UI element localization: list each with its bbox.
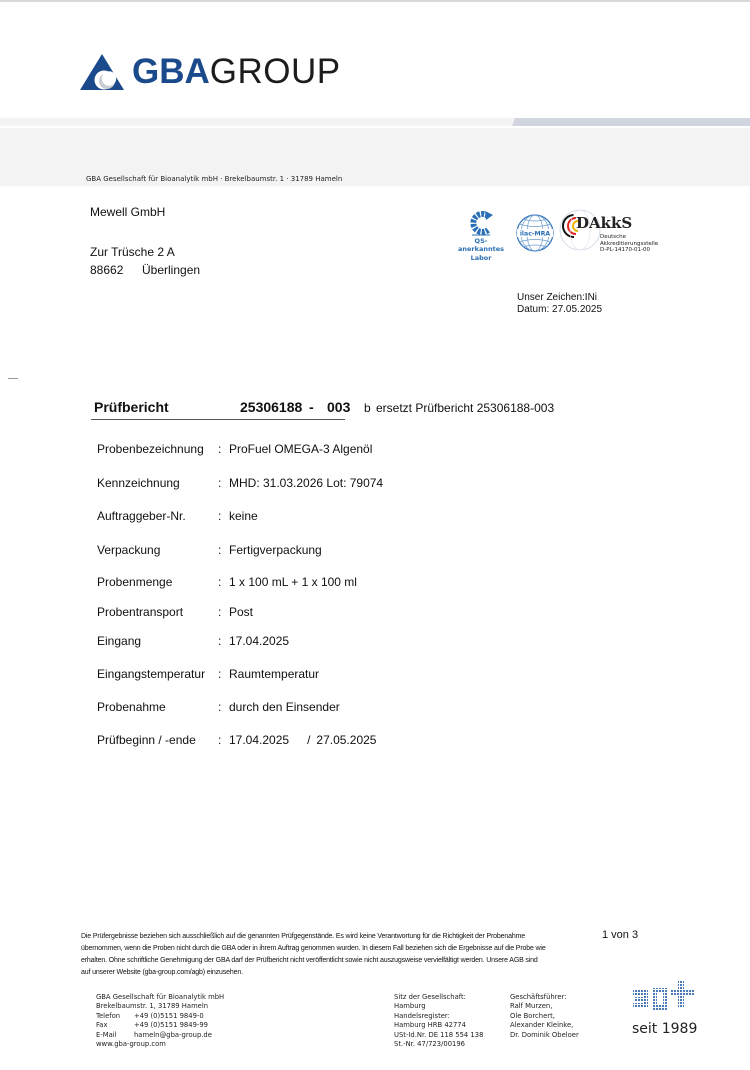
company-phone: Telefon+49 (0)5151 9849-0 — [96, 1012, 224, 1021]
dakks-title: DAkkS — [576, 214, 632, 232]
field-auftraggeber-nr: Auftraggeber-Nr.:keine — [97, 509, 258, 523]
registry-line: Hamburg — [394, 1002, 483, 1011]
field-probentransport: Probentransport:Post — [97, 605, 253, 619]
report-suffix: 003 — [327, 399, 350, 415]
header-band-accent — [512, 118, 750, 126]
field-label: Eingang — [97, 634, 218, 648]
report-revision: b — [364, 401, 371, 415]
field-value: Post — [229, 605, 253, 619]
management-line: Ralf Murzen, — [510, 1002, 579, 1011]
registry-line: Handelsregister: — [394, 1012, 483, 1021]
report-title-label: Prüfbericht — [94, 399, 169, 415]
legal-disclaimer: Die Prüfergebnisse beziehen sich ausschl… — [81, 931, 581, 979]
gba-triangle-icon — [80, 54, 124, 90]
field-label: Probenbezeichnung — [97, 442, 218, 456]
logo-group-text: GROUP — [210, 52, 341, 92]
field-label: Kennzeichnung — [97, 476, 218, 490]
field-value: Fertigverpackung — [229, 543, 322, 557]
field-value: keine — [229, 509, 258, 523]
field-value-end: 27.05.2025 — [316, 733, 376, 747]
field-label: Prüfbeginn / -ende — [97, 733, 218, 747]
qs-certification-logo: QS-anerkanntes Labor — [452, 210, 510, 260]
qs-arrow-icon — [468, 210, 494, 236]
report-replaces-note: ersetzt Prüfbericht 25306188-003 — [376, 401, 554, 415]
dakks-logo: DAkkS Deutsche Akkreditierungsstelle D-P… — [562, 212, 662, 262]
management-line: Ole Borchert, — [510, 1012, 579, 1021]
company-name: GBA Gesellschaft für Bioanalytik mbH — [96, 993, 224, 1002]
recipient-street: Zur Trüsche 2 A — [90, 245, 175, 259]
field-colon: : — [218, 476, 229, 490]
company-fax: Fax+49 (0)5151 9849-99 — [96, 1021, 224, 1030]
dakks-accreditation-number: D-PL-14170-01-00 — [600, 247, 658, 254]
field-value-start: 17.04.2025 — [229, 733, 289, 747]
company-website: www.gba-group.com — [96, 1040, 224, 1049]
field-verpackung: Verpackung:Fertigverpackung — [97, 543, 322, 557]
field-colon: : — [218, 634, 229, 648]
recipient-city: Überlingen — [142, 263, 200, 277]
top-border — [0, 0, 750, 2]
svg-text:ilac-MRA: ilac-MRA — [520, 231, 551, 238]
field-colon: : — [218, 575, 229, 589]
footer-registry-info: Sitz der Gesellschaft: Hamburg Handelsre… — [394, 993, 483, 1049]
field-colon: : — [218, 700, 229, 714]
field-value: 1 x 100 mL + 1 x 100 ml — [229, 575, 357, 589]
gba-group-logo: GBAGROUP — [80, 52, 341, 92]
management-line: Alexander Kleinke, — [510, 1021, 579, 1030]
field-colon: : — [218, 733, 229, 747]
recipient-zip: 88662 — [90, 263, 142, 277]
page-indicator: 1 von 3 — [602, 929, 638, 941]
company-email: E-Mailhameln@gba-group.de — [96, 1031, 224, 1040]
recipient-name: Mewell GmbH — [90, 205, 165, 219]
disclaimer-line: Die Prüfergebnisse beziehen sich ausschl… — [81, 931, 581, 943]
field-value: Raumtemperatur — [229, 667, 319, 681]
field-label: Verpackung — [97, 543, 218, 557]
registry-line: Hamburg HRB 42774 — [394, 1021, 483, 1030]
title-underline — [91, 419, 345, 420]
qs-label-2: Labor — [452, 254, 510, 262]
registry-line: St.-Nr. 47/723/00196 — [394, 1040, 483, 1049]
disclaimer-line: erhalten. Ohne schriftliche Genehmigung … — [81, 955, 581, 967]
field-colon: : — [218, 442, 229, 456]
dakks-subtitle: Deutsche Akkreditierungsstelle D-PL-1417… — [600, 234, 658, 254]
footer-company-info: GBA Gesellschaft für Bioanalytik mbH Bre… — [96, 993, 224, 1049]
reference-sign: Unser Zeichen:INi — [517, 292, 597, 303]
field-value: MHD: 31.03.2026 Lot: 79074 — [229, 476, 383, 490]
sender-address-line: GBA Gesellschaft für Bioanalytik mbH · B… — [86, 175, 342, 183]
disclaimer-line: auf unserer Website (gba-group.com/agb) … — [81, 967, 581, 979]
company-address: Brekelbaumstr. 1, 31789 Hameln — [96, 1002, 224, 1011]
field-colon: : — [218, 667, 229, 681]
reference-date: Datum: 27.05.2025 — [517, 304, 602, 315]
field-label: Probentransport — [97, 605, 218, 619]
anniversary-text: seit 1989 — [632, 1021, 697, 1037]
report-number: 25306188 — [240, 399, 302, 415]
field-label: Probenmenge — [97, 575, 218, 589]
field-slash: / — [307, 733, 310, 747]
field-label: Eingangstemperatur — [97, 667, 218, 681]
field-kennzeichnung: Kennzeichnung:MHD: 31.03.2026 Lot: 79074 — [97, 476, 383, 490]
field-probenbezeichnung: Probenbezeichnung:ProFuel OMEGA-3 Algenö… — [97, 442, 372, 456]
fold-mark — [8, 378, 18, 379]
registry-line: Sitz der Gesellschaft: — [394, 993, 483, 1002]
field-eingang: Eingang:17.04.2025 — [97, 634, 289, 648]
logo-gba-text: GBA — [132, 52, 210, 92]
management-line: Dr. Dominik Obeloer — [510, 1031, 579, 1040]
management-line: Geschäftsführer: — [510, 993, 579, 1002]
field-colon: : — [218, 509, 229, 523]
field-value: ProFuel OMEGA-3 Algenöl — [229, 442, 372, 456]
field-probenahme: Probenahme:durch den Einsender — [97, 700, 340, 714]
ilac-globe-icon: ilac-MRA — [515, 213, 555, 253]
disclaimer-line: übernommen, wenn die Proben nicht durch … — [81, 943, 581, 955]
field-value: durch den Einsender — [229, 700, 340, 714]
registry-line: USt-Id.Nr. DE 118 554 138 — [394, 1031, 483, 1040]
field-eingangstemperatur: Eingangstemperatur:Raumtemperatur — [97, 667, 319, 681]
anniversary-30-plus-icon — [632, 978, 698, 1018]
recipient-city-line: 88662Überlingen — [90, 263, 200, 277]
field-pruefbeginn-ende: Prüfbeginn / -ende:17.04.2025/27.05.2025 — [97, 733, 376, 747]
ilac-mra-logo: ilac-MRA — [515, 213, 555, 258]
qs-label-1: QS-anerkanntes — [452, 237, 510, 253]
field-value: 17.04.2025 — [229, 634, 289, 648]
field-colon: : — [218, 605, 229, 619]
footer-management: Geschäftsführer: Ralf Murzen, Ole Borche… — [510, 993, 579, 1040]
field-colon: : — [218, 543, 229, 557]
field-label: Probenahme — [97, 700, 218, 714]
report-number-dash: - — [309, 399, 314, 415]
field-label: Auftraggeber-Nr. — [97, 509, 218, 523]
field-probenmenge: Probenmenge:1 x 100 mL + 1 x 100 ml — [97, 575, 357, 589]
